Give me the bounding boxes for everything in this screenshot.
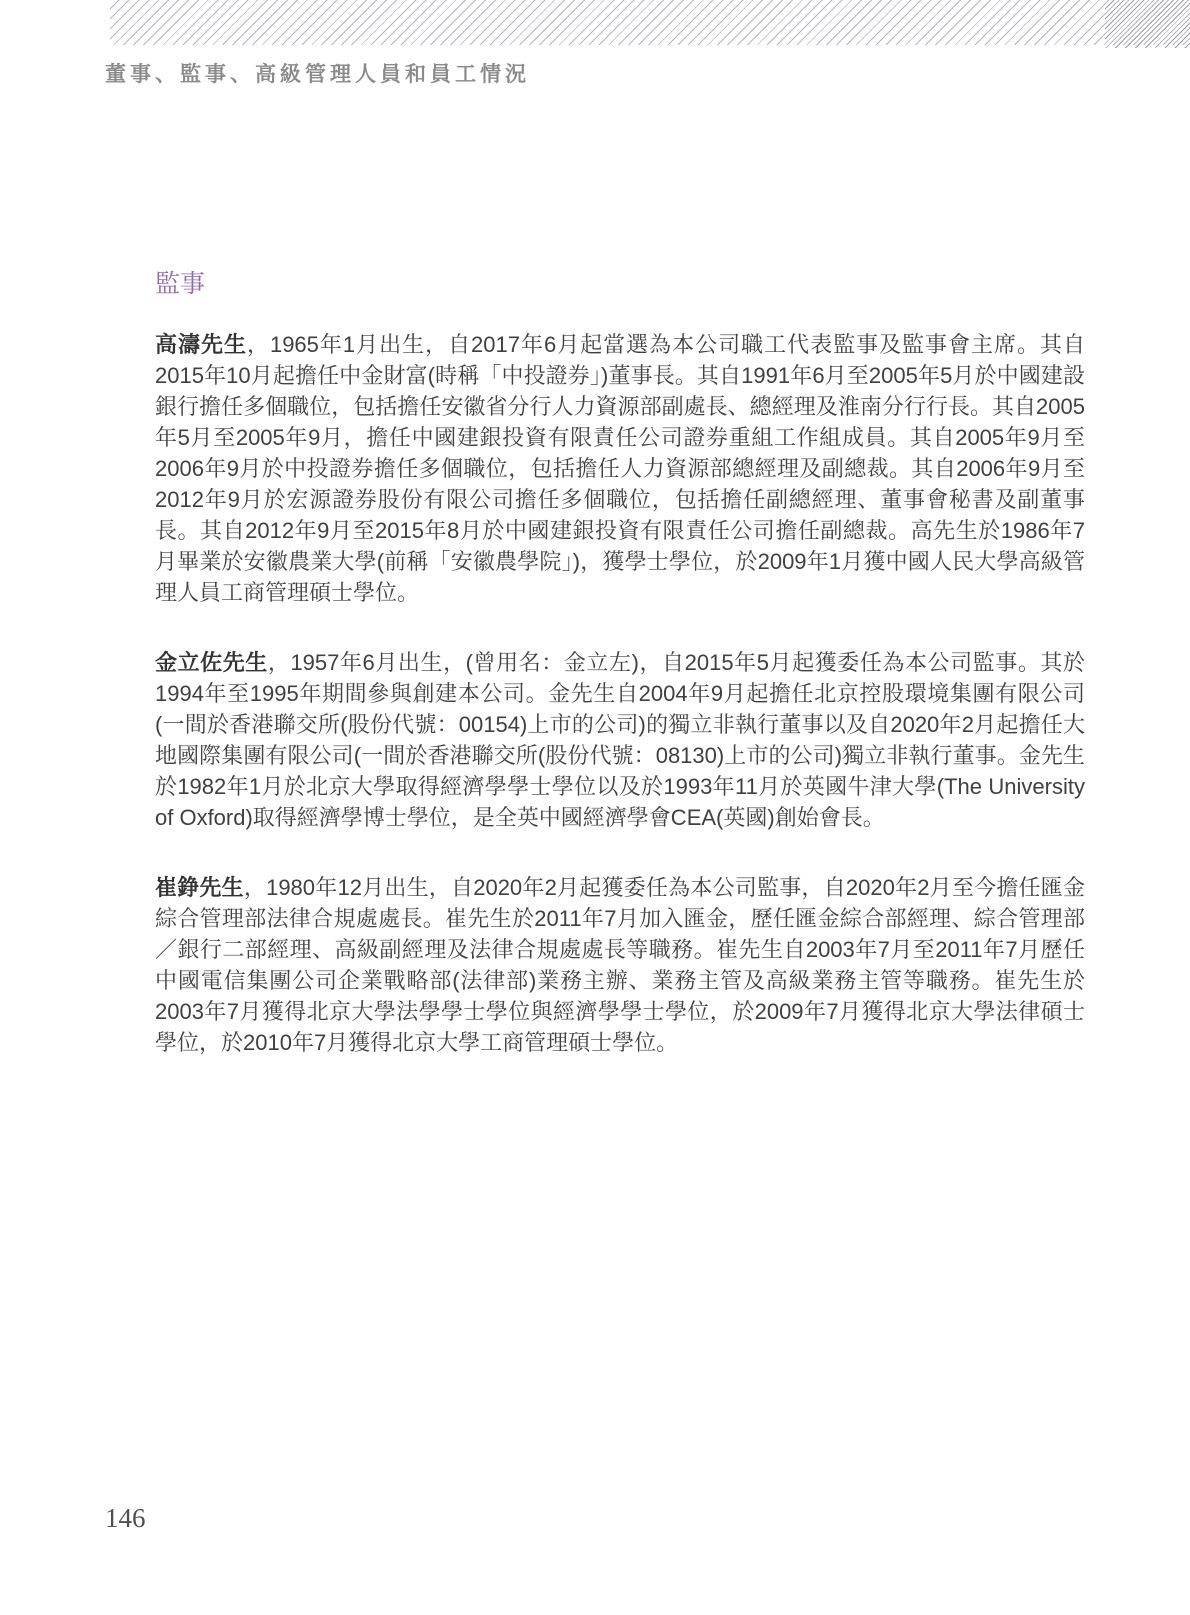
- page-header-title: 董事、監事、高級管理人員和員工情況: [105, 58, 530, 88]
- person-name: 崔錚先生: [155, 875, 244, 900]
- hatched-header-banner-dark-segment: [1105, 0, 1190, 48]
- main-content: 監事 高濤先生，1965年1月出生，自2017年6月起當選為本公司職工代表監事及…: [155, 264, 1085, 1097]
- section-heading-supervisors: 監事: [155, 264, 1085, 300]
- bio-text: ，1980年12月出生，自2020年2月起獲委任為本公司監事，自2020年2月至…: [155, 875, 1085, 1055]
- person-name: 金立佐先生: [155, 650, 268, 675]
- supervisor-bio-paragraph: 金立佐先生，1957年6月出生，(曾用名：金立左)，自2015年5月起獲委任為本…: [155, 647, 1085, 833]
- supervisor-bio-paragraph: 高濤先生，1965年1月出生，自2017年6月起當選為本公司職工代表監事及監事會…: [155, 329, 1085, 608]
- page-number: 146: [105, 1503, 146, 1534]
- bio-text: ，1957年6月出生，(曾用名：金立左)，自2015年5月起獲委任為本公司監事。…: [155, 650, 1085, 830]
- hatched-header-banner: [110, 0, 1190, 45]
- bio-text: ，1965年1月出生，自2017年6月起當選為本公司職工代表監事及監事會主席。其…: [155, 332, 1085, 605]
- person-name: 高濤先生: [155, 332, 247, 357]
- supervisor-bio-paragraph: 崔錚先生，1980年12月出生，自2020年2月起獲委任為本公司監事，自2020…: [155, 872, 1085, 1058]
